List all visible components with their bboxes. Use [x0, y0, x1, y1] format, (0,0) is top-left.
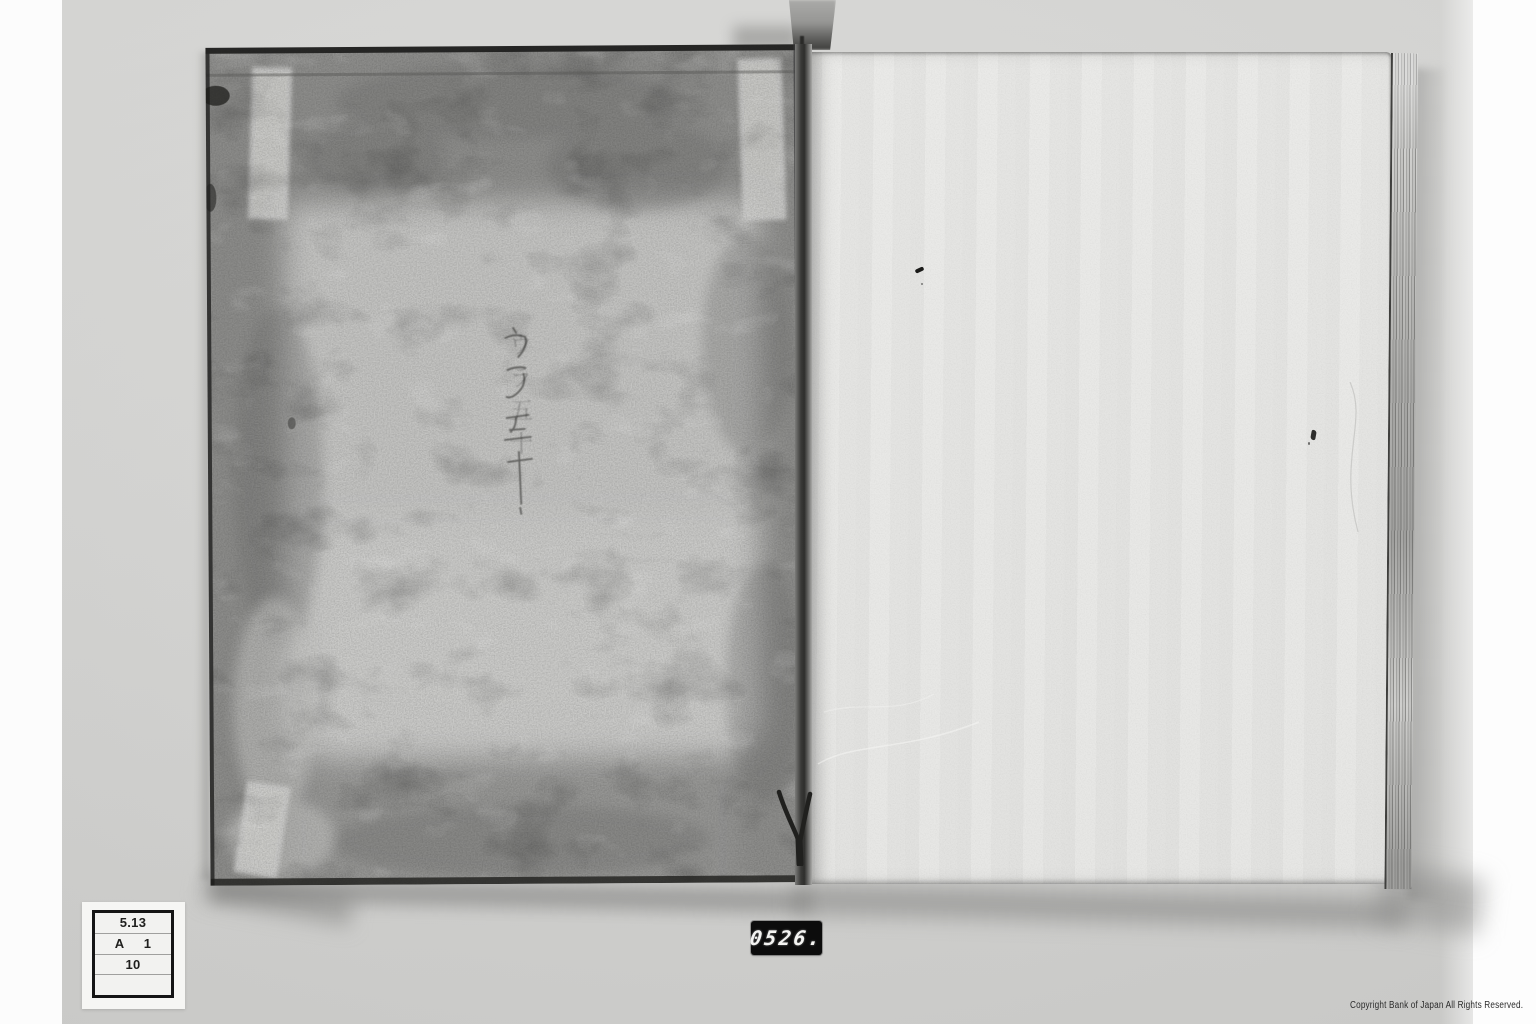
handwriting-annotation: ウラ五十 [499, 332, 536, 512]
frame-counter-digits: 0526. [748, 926, 824, 950]
label-row-call-number: 5.13 [95, 913, 171, 934]
label-item-number: 10 [125, 957, 140, 972]
film-border-left [0, 0, 62, 1024]
archive-label: 5.13 A 1 10 [82, 902, 185, 1009]
label-call-number: 5.13 [120, 915, 147, 930]
paper-crease [1336, 382, 1372, 532]
frame-counter: 0526. [751, 921, 822, 955]
label-series-letter: A [115, 936, 125, 951]
copyright-notice: Copyright Bank of Japan All Rights Reser… [1350, 1000, 1523, 1011]
book-right-page [808, 52, 1392, 884]
binding-strap [787, 0, 836, 50]
film-border-right [1473, 0, 1536, 1024]
photo-frame: ウラ五十 [0, 0, 1536, 1024]
book-left-cover: ウラ五十 [205, 44, 804, 886]
ink-speck [1308, 442, 1310, 445]
ink-speck [921, 283, 923, 285]
label-row-item-number: 10 [95, 955, 171, 976]
label-row-series: A 1 [95, 934, 171, 955]
book-gutter [795, 44, 812, 885]
archive-label-box: 5.13 A 1 10 [92, 910, 174, 998]
background-light-band [1440, 0, 1473, 1024]
label-series-number: 1 [144, 936, 152, 951]
paper-crease [814, 682, 984, 772]
label-row-empty [95, 975, 171, 995]
binding-tie [769, 786, 815, 866]
